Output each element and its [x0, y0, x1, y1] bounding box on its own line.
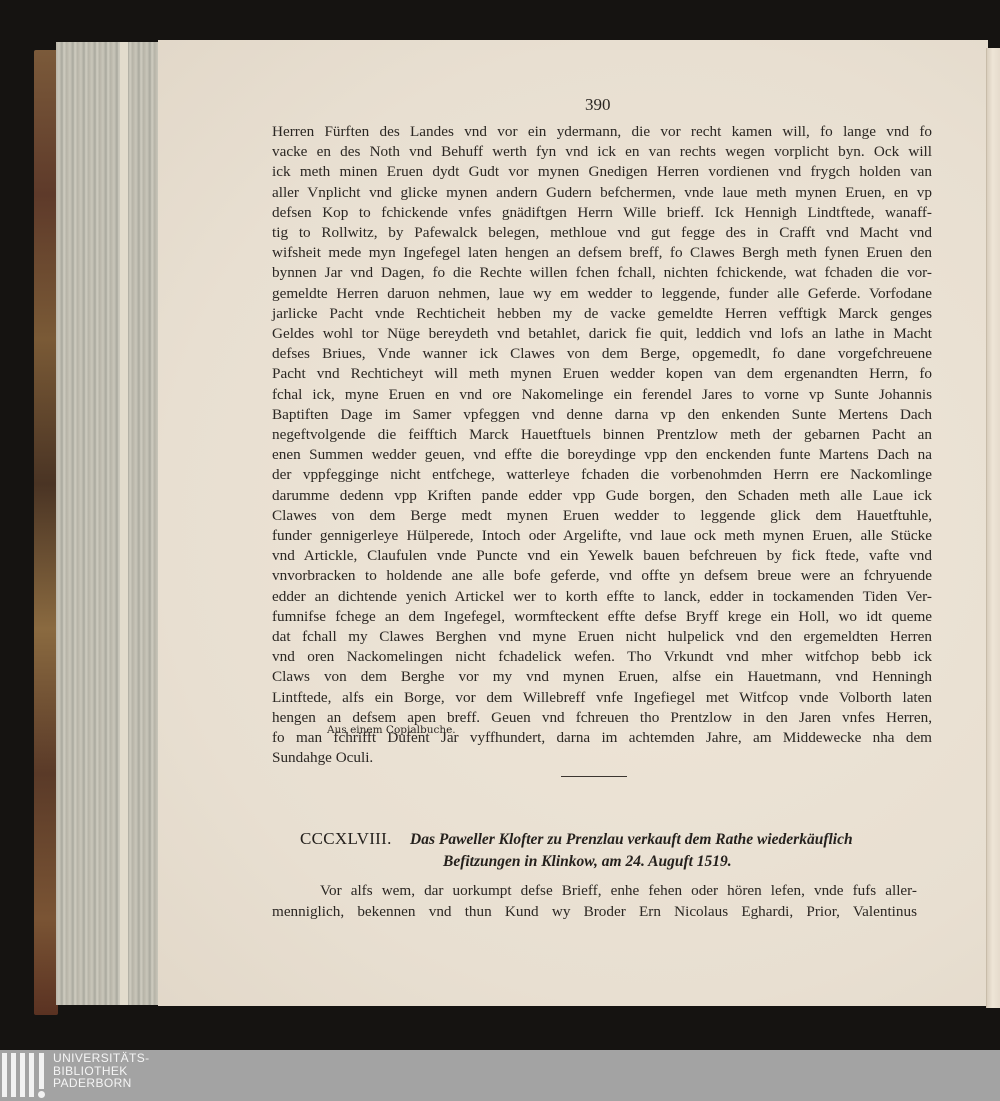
page-number: 390	[585, 95, 611, 115]
text-line: Herren Fürften des Landes vnd vor ein yd…	[272, 122, 932, 142]
text-line: darumme dedenn vpp Kriften pande edder v…	[272, 486, 932, 506]
book-cover-edge	[34, 50, 58, 1015]
text-line: gemeldte Herren daruon nehmen, laue wy e…	[272, 284, 932, 304]
text-line: wifsheit mede myn Ingefegel laten hengen…	[272, 243, 932, 263]
text-line: edder an dichtende yenich Artickel wer t…	[272, 587, 932, 607]
text-line: vnd Artickle, Claufulen vnde Puncte vnd …	[272, 546, 932, 566]
text-line: ick meth minen Eruen dydt Gudt vor mynen…	[272, 162, 932, 182]
text-line: vacke en des Noth vnd Behuff werth fyn v…	[272, 142, 932, 162]
text-line: dat fchall my Clawes Berghen vnd myne Er…	[272, 627, 932, 647]
text-line: vnvorbracken to holdende ane alle bofe g…	[272, 566, 932, 586]
text-line: fchal ick, myne Eruen en vnd ore Nakomel…	[272, 385, 932, 405]
page-stack-edges	[56, 42, 158, 1005]
source-note: Aus einem Copialbuche.	[327, 724, 456, 736]
text-line: vnd oren Nackomelingen nicht fchadelick …	[272, 647, 932, 667]
text-line: Lintftede, alfs ein Borge, vor dem Wille…	[272, 688, 932, 708]
text-line: bynnen Jar vnd Dagen, fo die Rechte will…	[272, 263, 932, 283]
text-line: fumnifse fchege an dem Ingefegel, wormft…	[272, 607, 932, 627]
text-line: funder gennigerleye Hülperede, Intoch od…	[272, 526, 932, 546]
text-line: Clawes von dem Berge medt mynen Eruen we…	[272, 506, 932, 526]
library-footer-bar: UNIVERSITÄTS- BIBLIOTHEK PADERBORN	[0, 1050, 1000, 1101]
text-line: Vor alfs wem, dar uorkumpt defse Brieff,…	[272, 880, 917, 901]
text-line: Sundahge Oculi.	[272, 748, 932, 768]
text-line: defses Briues, Vnde wanner ick Clawes vo…	[272, 344, 932, 364]
logo-line: UNIVERSITÄTS-	[53, 1052, 150, 1065]
text-line: Pacht vnd Rechticheyt will meth mynen Er…	[272, 364, 932, 384]
text-line: aller Vnplicht vnd glicke mynen andern G…	[272, 183, 932, 203]
library-logo-text: UNIVERSITÄTS- BIBLIOTHEK PADERBORN	[53, 1052, 150, 1090]
text-line: defsen Kop to fchickende vnfes gnädiftge…	[272, 203, 932, 223]
text-line: der vppfegginge nicht entfchege, watterl…	[272, 465, 932, 485]
text-line: Claws von dem Berghe vor my vnd mynen Er…	[272, 667, 932, 687]
text-line: enen Summen wedder geuen, vnd effte die …	[272, 445, 932, 465]
scanned-book-image: 390 Herren Fürften des Landes vnd vor ei…	[0, 0, 1000, 1050]
text-line: Geldes wohl tor Nüge bereydeth vnd betah…	[272, 324, 932, 344]
text-line: menniglich, bekennen vnd thun Kund wy Br…	[272, 901, 917, 922]
text-line: negeftvolgende die feifftich Marck Hauet…	[272, 425, 932, 445]
text-line: Baptiften Dage im Samer vpfeggen vnd den…	[272, 405, 932, 425]
document-title-line-1: Das Paweller Klofter zu Prenzlau verkauf…	[410, 831, 853, 849]
library-logo-icon	[0, 1053, 48, 1099]
next-page-edge	[986, 48, 1000, 1008]
document-number: CCCXLVIII.	[300, 829, 392, 849]
text-line: tig to Rollwitz, by Pafewalck belegen, m…	[272, 223, 932, 243]
document-body-text: Herren Fürften des Landes vnd vor ein yd…	[272, 122, 932, 769]
text-line: jarlicke Pacht vnde Rechticheit hebben m…	[272, 304, 932, 324]
next-document-body: Vor alfs wem, dar uorkumpt defse Brieff,…	[272, 880, 917, 922]
document-title-line-2: Befitzungen in Klinkow, am 24. Auguft 15…	[443, 853, 732, 871]
section-divider	[561, 776, 627, 777]
logo-line: PADERBORN	[53, 1077, 150, 1090]
